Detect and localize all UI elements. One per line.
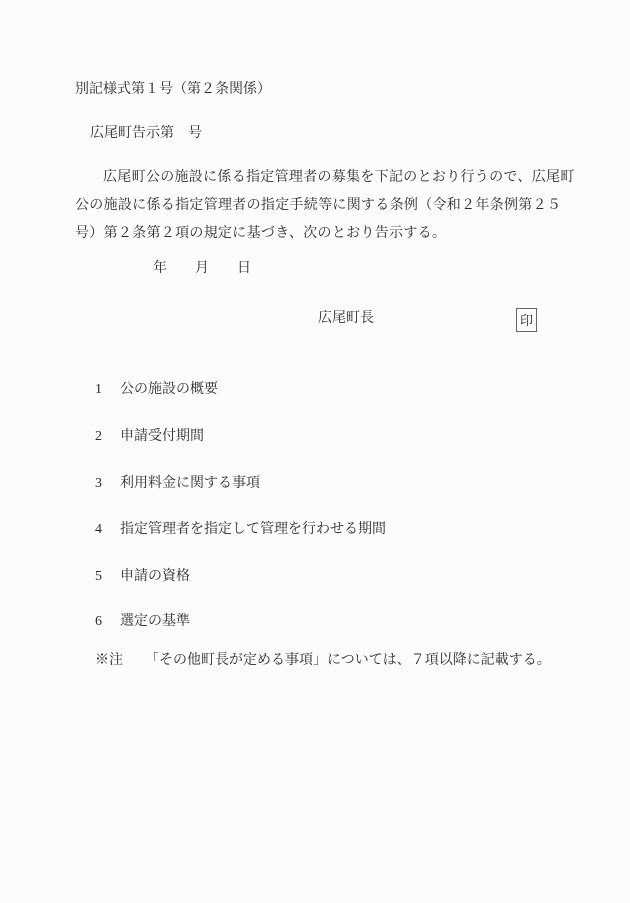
list-item: 3 利用料金に関する事項 (95, 476, 260, 492)
body-line: 広尾町公の施設に係る指定管理者の募集を下記のとおり行うので、広尾町 (75, 164, 575, 192)
item-number: 6 (95, 614, 120, 630)
footnote-marker: ※注 (95, 653, 145, 669)
item-number: 3 (95, 476, 120, 492)
signer-title: 広尾町長 (318, 311, 374, 327)
item-label: 公の施設の概要 (120, 382, 218, 398)
item-label: 利用料金に関する事項 (120, 476, 260, 492)
body-line: 公の施設に係る指定管理者の指定手続等に関する条例（令和２年条例第２５ (75, 192, 561, 220)
list-item: 4 指定管理者を指定して管理を行わせる期間 (95, 522, 386, 538)
item-label: 指定管理者を指定して管理を行わせる期間 (120, 522, 386, 538)
item-label: 選定の基準 (120, 614, 190, 630)
seal-stamp-box: 印 (516, 308, 537, 332)
list-item: 6 選定の基準 (95, 614, 190, 630)
item-label: 申請の資格 (120, 569, 190, 585)
date-line: 年 月 日 (153, 261, 251, 277)
list-item: 1 公の施設の概要 (95, 382, 218, 398)
item-number: 4 (95, 522, 120, 538)
notice-number-line: 広尾町告示第 号 (90, 126, 202, 142)
item-number: 2 (95, 429, 120, 445)
item-number: 5 (95, 569, 120, 585)
footnote: ※注 「その他町長が定める事項」については、７項以降に記載する。 (95, 653, 551, 669)
footnote-text: 「その他町長が定める事項」については、７項以降に記載する。 (145, 653, 551, 669)
item-label: 申請受付期間 (120, 429, 204, 445)
list-item: 5 申請の資格 (95, 569, 190, 585)
seal-character: 印 (520, 314, 533, 327)
form-number-label: 別記様式第１号（第２条関係） (75, 82, 271, 98)
document-page: 別記様式第１号（第２条関係） 広尾町告示第 号 広尾町公の施設に係る指定管理者の… (0, 0, 630, 903)
item-number: 1 (95, 382, 120, 398)
list-item: 2 申請受付期間 (95, 429, 204, 445)
body-line: 号）第２条第２項の規定に基づき、次のとおり告示する。 (75, 220, 446, 248)
